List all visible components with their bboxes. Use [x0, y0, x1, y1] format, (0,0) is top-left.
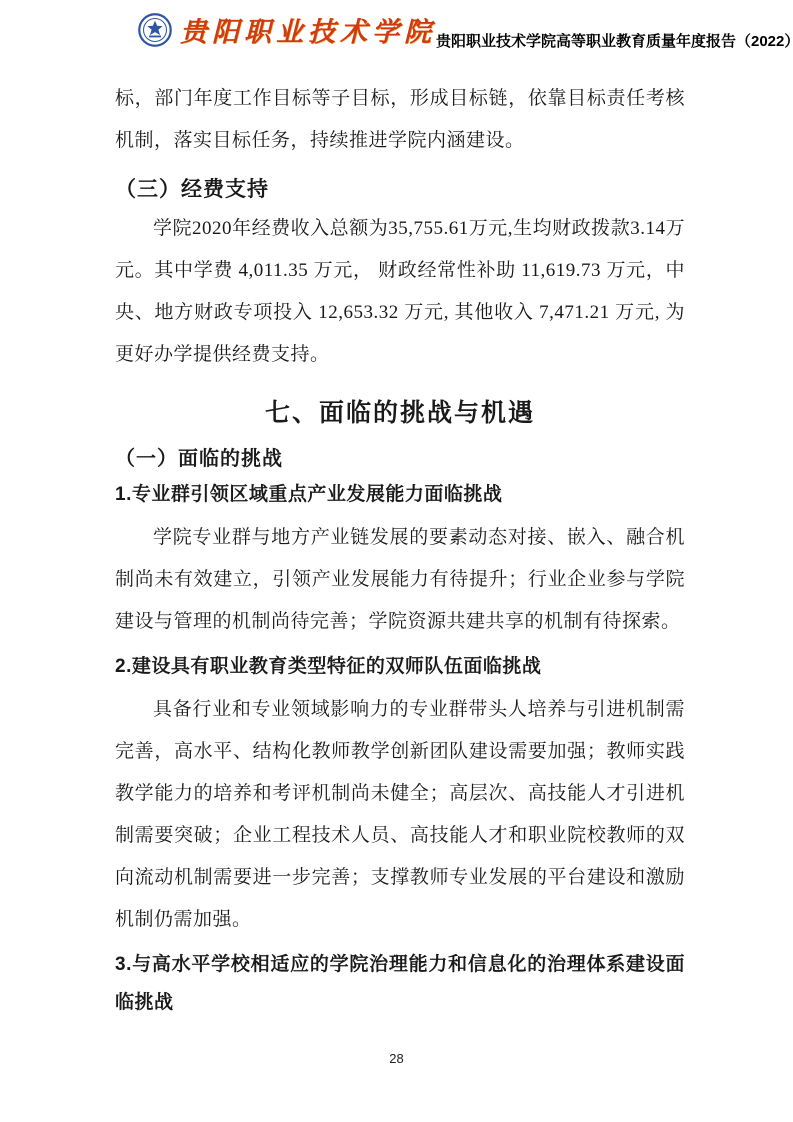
college-seal-icon — [138, 13, 172, 47]
page-footer: 28 — [0, 1051, 793, 1066]
paragraph-goal-chain: 标，部门年度工作目标等子目标，形成目标链，依靠目标责任考核机制，落实目标任务，持… — [115, 78, 685, 162]
paragraph-challenge-2: 具备行业和专业领域影响力的专业群带头人培养与引进机制需完善，高水平、结构化教师教… — [115, 689, 685, 941]
page-header: 贵阳职业技术学院 贵阳职业技术学院高等职业教育质量年度报告（2022） — [0, 14, 793, 53]
heading-challenge-1: 1.专业群引领区域重点产业发展能力面临挑战 — [115, 476, 685, 514]
paragraph-challenge-1: 学院专业群与地方产业链发展的要素动态对接、嵌入、融合机制尚未有效建立，引领产业发… — [115, 517, 685, 643]
college-logo: 贵阳职业技术学院 — [138, 10, 436, 49]
heading-challenge-2: 2.建设具有职业教育类型特征的双师队伍面临挑战 — [115, 648, 685, 686]
heading-funding-support: （三）经费支持 — [115, 173, 685, 203]
college-logo-text: 贵阳职业技术学院 — [180, 10, 436, 49]
document-body: 标，部门年度工作目标等子目标，形成目标链，依靠目标责任考核机制，落实目标任务，持… — [115, 78, 685, 1025]
heading-chapter-seven: 七、面临的挑战与机遇 — [115, 393, 685, 429]
heading-challenges-faced: （一）面临的挑战 — [115, 442, 685, 471]
page-number: 28 — [389, 1051, 403, 1066]
paragraph-funding: 学院2020年经费收入总额为35,755.61万元,生均财政拨款3.14万元。其… — [115, 208, 685, 376]
heading-challenge-3: 3.与高水平学校相适应的学院治理能力和信息化的治理体系建设面临挑战 — [115, 946, 685, 1022]
report-header-title: 贵阳职业技术学院高等职业教育质量年度报告（2022） — [436, 30, 793, 53]
report-page: 贵阳职业技术学院 贵阳职业技术学院高等职业教育质量年度报告（2022） 标，部门… — [0, 0, 793, 1122]
